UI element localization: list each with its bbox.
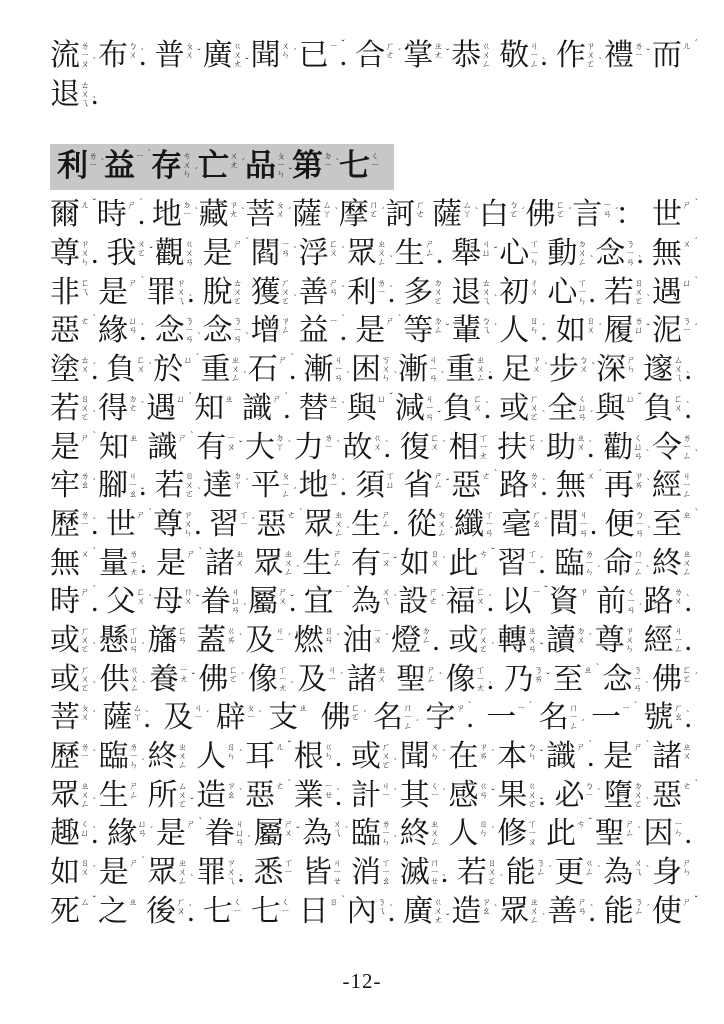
zhuyin-annotation: ㄓㄨㄥ — [178, 743, 188, 770]
char-with-zhuyin: 我ㄨㄛˇ — [107, 236, 147, 272]
tone-mark: ˊ — [288, 208, 291, 218]
han-char: 初 — [499, 275, 529, 311]
zhuyin-annotation: ㄉㄨㄛˋ — [633, 782, 643, 809]
char-with-zhuyin: 念ㄋㄧㄢˋ — [155, 313, 195, 349]
han-char: 悉 — [254, 855, 284, 891]
tone-mark: ˋ — [389, 256, 392, 266]
tone-mark: ˇ — [389, 393, 392, 403]
zhuyin-annotation: ㄊㄨㄟˋ — [481, 279, 491, 306]
zhuyin-annotation: ㄑㄧㄢˊ — [626, 588, 636, 615]
tone-mark: ˊ — [293, 488, 296, 498]
han-char: 大 — [245, 430, 275, 466]
han-char: 合 — [355, 38, 385, 74]
zhuyin-annotation: ㄖㄣˊ — [226, 743, 236, 761]
han-char: 諸 — [652, 739, 682, 775]
han-char: 如 — [400, 546, 430, 582]
text-line: 死ㄙˇ之ㄓ後ㄏㄡˋ.七ㄑㄧ七ㄑㄧ日ㄖˋ內ㄋㄟˋ.廣ㄍㄨㄤˇ造ㄗㄠˋ眾ㄓㄨㄥˋ善ㄕ… — [50, 894, 692, 933]
zhuyin-annotation: ㄌㄩˇ — [634, 317, 644, 335]
char-with-zhuyin: 是ㄕˋ — [98, 275, 138, 311]
han-char: 本 — [497, 739, 527, 775]
char-with-zhuyin: 罪ㄗㄨㄟˋ. — [196, 855, 245, 891]
char-with-zhuyin: 七ㄑㄧ — [251, 894, 291, 930]
tone-mark: ˇ — [296, 827, 299, 837]
han-char: 負 — [106, 352, 136, 388]
tone-mark: ˊ — [195, 168, 198, 178]
zhuyin-annotation: ㄓˋ — [682, 511, 692, 520]
tone-mark: ˋ — [491, 750, 494, 760]
tone-mark: ˋ — [93, 827, 96, 837]
zhuyin-annotation: ㄧㄢˊ — [602, 201, 612, 219]
char-with-zhuyin: 養ㄧㄤˇ — [149, 662, 189, 698]
zhuyin-annotation: ㄕㄢˋ — [577, 898, 587, 916]
han-char: 作 — [556, 38, 586, 74]
han-char: 言 — [572, 197, 602, 233]
tone-mark: ˊ — [241, 673, 244, 683]
han-char: 而 — [652, 38, 682, 74]
tone-mark: ˋ — [637, 827, 640, 837]
zhuyin-annotation: ㄒㄧ — [284, 859, 294, 877]
char-with-zhuyin: 聞ㄨㄣˊ — [251, 38, 291, 74]
zhuyin-annotation: ㄩˇ — [377, 395, 387, 404]
zhuyin-annotation: ㄓˋ — [583, 666, 593, 675]
tone-mark: ˋ — [93, 798, 96, 808]
punctuation: . — [432, 623, 440, 659]
tone-mark: ˋ — [695, 780, 698, 790]
han-char: 再 — [604, 468, 634, 504]
char-with-zhuyin: 本ㄅㄣˇ — [497, 739, 537, 775]
tone-mark: ˋ — [647, 295, 650, 305]
han-char: 命 — [603, 546, 633, 582]
char-with-zhuyin: 至ㄓˋ — [553, 662, 593, 698]
tone-mark: ˋ — [335, 208, 338, 218]
char-with-zhuyin: 耳ㄦˇ — [245, 739, 285, 775]
zhuyin-annotation: ㄕㄣ — [626, 356, 636, 374]
han-char: 爾 — [50, 197, 80, 233]
zhuyin-annotation: ㄉㄨㄥˋ — [577, 240, 587, 267]
han-char: 時 — [50, 584, 80, 620]
char-with-zhuyin: 泥ㄋㄧˊ — [652, 313, 692, 349]
tone-mark: ˇ — [290, 595, 293, 605]
tone-mark: ˋ — [148, 595, 151, 605]
char-with-zhuyin: 滅ㄇㄧㄝˋ. — [400, 855, 449, 891]
han-char: 轉 — [497, 623, 527, 659]
han-char: 眾 — [254, 546, 284, 582]
zhuyin-annotation: ㄗㄠˋ — [481, 898, 491, 916]
zhuyin-annotation: ㄗㄨㄟˋ — [226, 859, 236, 886]
han-char: 念 — [602, 662, 632, 698]
han-char: 力 — [294, 430, 324, 466]
zhuyin-annotation: ㄐㄩㄢˋ — [235, 820, 245, 847]
char-with-zhuyin: 菩ㄆㄨˊ — [50, 700, 90, 736]
tone-mark: ˋ — [597, 789, 600, 799]
zhuyin-annotation: ㄓㄨ — [682, 743, 692, 761]
zhuyin-annotation: ㄕㄥˋ — [625, 820, 635, 838]
char-with-zhuyin: 前ㄑㄧㄢˊ — [596, 584, 636, 620]
char-with-zhuyin: 白ㄅㄛˊ — [479, 197, 519, 233]
zhuyin-annotation: ㄑㄩㄢˋ — [633, 434, 643, 461]
tone-mark: ˊ — [639, 604, 642, 614]
text-line: 牢ㄌㄠˊ腳ㄐㄧㄠˇ.若ㄖㄨㄛˋ達ㄉㄚˊ平ㄆㄧㄥˊ地ㄉㄧˋ.須ㄒㄩ省ㄕㄥˇ惡ㄜˋ路… — [50, 468, 692, 507]
char-with-zhuyin: 知ㄓ — [99, 430, 139, 466]
zhuyin-annotation: ㄧㄤˇ — [179, 666, 189, 684]
zhuyin-annotation: ㄩㄢˊ — [137, 820, 147, 838]
han-char: 終 — [400, 816, 430, 852]
han-char: 之 — [98, 894, 128, 930]
char-with-zhuyin: 佛ㄈㄛˊ — [198, 662, 238, 698]
char-with-zhuyin: 識ㄕˋ — [148, 430, 188, 466]
zhuyin-annotation: ㄊㄧˋ — [329, 395, 339, 413]
zhuyin-annotation: ㄐㄧˋ — [381, 782, 391, 800]
han-char: 遇 — [652, 275, 682, 311]
han-char: 若 — [457, 855, 487, 891]
zhuyin-annotation: ㄧㄡˇ — [226, 434, 236, 452]
char-with-zhuyin: 旛ㄈㄢ — [148, 623, 188, 659]
char-with-zhuyin: 生ㄕㄥ — [302, 546, 342, 582]
han-char: 增 — [251, 313, 281, 349]
tone-mark: ˋ — [241, 208, 244, 218]
char-with-zhuyin: 諸ㄓㄨ — [347, 662, 387, 698]
text-line: 是ㄕˋ知ㄓ識ㄕˋ有ㄧㄡˇ大ㄉㄚˋ力ㄌㄧˋ故ㄍㄨˋ.復ㄈㄨˋ相ㄒㄧㄤ扶ㄈㄨˊ助ㄓㄨ… — [50, 430, 692, 469]
char-with-zhuyin: 無ㄨˊ — [652, 236, 692, 272]
tone-mark: ˋ — [494, 470, 497, 480]
zhuyin-annotation: ㄏㄨㄛˋ — [80, 627, 90, 654]
char-with-zhuyin: 負ㄈㄨˋ — [106, 352, 146, 388]
zhuyin-annotation: ㄌㄨˋ — [529, 472, 539, 490]
zhuyin-annotation: ㄌㄧㄤˋ — [129, 550, 139, 577]
han-char: 終 — [148, 739, 178, 775]
tone-mark: ˇ — [197, 49, 200, 59]
han-char: 從 — [407, 507, 437, 543]
tone-mark: ˊ — [442, 557, 445, 567]
zhuyin-annotation: ㄒㄧㄡ — [527, 820, 537, 847]
char-with-zhuyin: 與ㄩˇ — [595, 391, 635, 427]
zhuyin-annotation: ㄉㄜˊ — [128, 395, 138, 413]
zhuyin-annotation: ㄖㄣˊ — [529, 317, 539, 335]
han-char: 識 — [242, 391, 272, 427]
char-with-zhuyin: 設ㄕㄜˋ — [398, 584, 438, 620]
char-with-zhuyin: 造ㄗㄠˋ — [196, 778, 236, 814]
char-with-zhuyin: 恭ㄍㄨㄥ — [451, 38, 491, 74]
zhuyin-annotation: ㄎㄨㄣˋ — [381, 356, 391, 383]
han-char: 敬 — [499, 38, 529, 74]
han-char: 後 — [146, 894, 176, 930]
han-char: 掌 — [403, 38, 433, 74]
han-char: 耳 — [245, 739, 275, 775]
tone-mark: ˊ — [491, 827, 494, 837]
char-with-zhuyin: 之ㄓ — [98, 894, 138, 930]
han-char: 罪 — [196, 855, 226, 891]
zhuyin-annotation: ㄓ — [129, 434, 139, 443]
zhuyin-annotation: ㄐㄩˇ — [481, 240, 491, 258]
zhuyin-annotation: ㄘˇ — [576, 820, 586, 829]
han-char: 經 — [644, 623, 674, 659]
tone-mark: ˋ — [647, 527, 650, 537]
zhuyin-annotation: ㄑㄧ — [370, 152, 380, 170]
char-with-zhuyin: 眾ㄓㄨㄥˋ — [148, 855, 188, 891]
zhuyin-annotation: ㄉㄨˊ — [576, 627, 586, 645]
zhuyin-annotation: ㄩˊ — [183, 356, 193, 365]
char-with-zhuyin: 扶ㄈㄨˊ — [497, 430, 537, 466]
zhuyin-annotation: ㄩˇ — [625, 395, 635, 404]
tone-mark: ˋ — [243, 604, 246, 614]
zhuyin-annotation: ㄋㄧㄢˋ — [233, 317, 243, 344]
char-with-zhuyin: 生ㄕㄥ. — [395, 236, 444, 272]
zhuyin-annotation: ㄖㄨㄛˋ — [185, 472, 195, 499]
char-with-zhuyin: 識ㄕˋ. — [242, 391, 291, 427]
tone-mark: ˇ — [494, 247, 497, 257]
char-with-zhuyin: 品ㄆㄧㄣˇ — [245, 148, 286, 184]
tone-mark: ˋ — [336, 441, 339, 451]
zhuyin-annotation: ㄌㄧˋ — [377, 279, 387, 297]
han-char: 善 — [547, 894, 577, 930]
char-with-zhuyin: 間ㄐㄧㄢ. — [549, 507, 598, 543]
tone-mark: ˇ — [190, 798, 193, 808]
han-char: 或 — [499, 391, 529, 427]
char-with-zhuyin: 業ㄧㄝˋ. — [294, 778, 343, 814]
text-line: 退ㄊㄨㄟˋ. — [50, 77, 692, 116]
tone-mark: ˊ — [488, 595, 491, 605]
tone-mark: ˇ — [540, 643, 543, 653]
tone-mark: ˋ — [394, 789, 397, 799]
zhuyin-annotation: ㄕˋ — [178, 434, 188, 443]
zhuyin-annotation: ㄙㄚˋ — [132, 704, 142, 722]
char-with-zhuyin: 非ㄈㄟ — [50, 275, 90, 311]
tone-mark: ˋ — [695, 199, 698, 209]
zhuyin-annotation: ㄗㄠˋ — [226, 782, 236, 800]
zhuyin-annotation: ㄨㄣˊ — [430, 743, 440, 761]
han-char: 生 — [395, 236, 425, 272]
char-with-zhuyin: 油ㄧㄡˊ — [343, 623, 383, 659]
han-char: 尊 — [153, 507, 183, 543]
han-char: 世 — [106, 507, 136, 543]
tone-mark: ˇ — [544, 586, 547, 596]
char-with-zhuyin: 蓋ㄍㄞˋ — [196, 623, 236, 659]
zhuyin-annotation: ㄒㄩㄢˊ — [129, 627, 139, 654]
tone-mark: ˋ — [93, 411, 96, 421]
zhuyin-annotation: ㄉㄚˋ — [275, 434, 285, 452]
han-char: 扶 — [497, 430, 527, 466]
char-with-zhuyin: 有ㄧㄡˇ — [351, 546, 391, 582]
zhuyin-annotation: ㄕˋ — [186, 820, 196, 829]
han-char: 故 — [343, 430, 373, 466]
char-with-zhuyin: 須ㄒㄩ — [355, 468, 395, 504]
tone-mark: ˊ — [340, 673, 343, 683]
text-line: 若ㄖㄨㄛˋ得ㄉㄜˊ遇ㄩˋ知ㄓ識ㄕˋ.替ㄊㄧˋ與ㄩˇ減ㄐㄧㄢˇ負ㄈㄨˋ.或ㄏㄨㄛˋ… — [50, 391, 692, 430]
tone-mark: ˋ — [646, 566, 649, 576]
tone-mark: ˊ — [449, 527, 452, 537]
zhuyin-annotation: ㄅㄨˋ — [579, 356, 589, 374]
han-char: 菩 — [50, 700, 80, 736]
tone-mark: ˊ — [288, 634, 291, 644]
punctuation: . — [335, 739, 343, 775]
zhuyin-annotation: ㄦˇ — [275, 743, 285, 752]
punctuation: . — [685, 816, 693, 852]
zhuyin-annotation: ㄈㄛˊ — [682, 666, 692, 684]
han-char: 臨 — [351, 816, 381, 852]
han-char: 與 — [595, 391, 625, 427]
punctuation: . — [540, 38, 548, 74]
zhuyin-annotation: ㄆㄧˋ — [246, 704, 256, 722]
tone-mark: ˋ — [148, 150, 151, 160]
zhuyin-annotation: ㄈㄨˊ — [329, 240, 339, 258]
zhuyin-annotation: ㄓㄨˋ — [576, 434, 586, 452]
zhuyin-annotation: ㄍㄨㄥ — [481, 42, 491, 69]
han-char: 觀 — [155, 236, 185, 272]
tone-mark: ˊ — [598, 324, 601, 334]
han-char: 廣 — [403, 894, 433, 930]
zhuyin-annotation: ㄅㄧㄢˋ — [635, 511, 645, 538]
zhuyin-annotation: ㄗ — [579, 588, 589, 597]
char-with-zhuyin: 果ㄍㄨㄛˇ. — [497, 778, 546, 814]
zhuyin-annotation: ㄓ — [128, 898, 138, 907]
zhuyin-annotation: ㄨㄟˋ — [633, 859, 643, 877]
char-with-zhuyin: 敬ㄐㄧㄥˋ. — [499, 38, 548, 74]
char-with-zhuyin: 支ㄓ — [268, 700, 308, 736]
han-char: 至 — [553, 662, 583, 698]
char-with-zhuyin: 終ㄓㄨㄥ — [652, 546, 692, 582]
zhuyin-annotation: ㄐㄧㄠˇ — [128, 472, 138, 499]
tone-mark: ˋ — [589, 441, 592, 451]
tone-mark: ˇ — [289, 168, 292, 178]
zhuyin-annotation: ㄏㄠˋ — [673, 704, 683, 722]
char-with-zhuyin: 臨ㄌㄧㄣˊ — [99, 739, 139, 775]
tone-mark: ˊ — [239, 750, 242, 760]
char-with-zhuyin: 是ㄕˋ — [99, 855, 139, 891]
tone-mark: ˊ — [141, 324, 144, 334]
han-char: 多 — [403, 275, 433, 311]
han-char: 薩 — [432, 197, 462, 233]
char-with-zhuyin: 時ㄕˊ. — [97, 197, 146, 233]
paragraph-continuation: 流ㄌㄧㄡˊ布ㄅㄨˋ.普ㄆㄨˇ廣ㄍㄨㄤˇ聞ㄨㄣˊ已ㄧˇ.合ㄏㄜˊ掌ㄓㄤˇ恭ㄍㄨㄥ敬… — [50, 0, 692, 115]
char-with-zhuyin: 惡ㄜˋ — [50, 313, 90, 349]
zhuyin-annotation: ㄕˋ — [633, 743, 643, 752]
tone-mark: ˋ — [475, 208, 478, 218]
char-with-zhuyin: 一ㄧˋ — [486, 700, 526, 736]
tone-mark: ˋ — [488, 372, 491, 382]
tone-mark: ˋ — [529, 702, 532, 712]
zhuyin-annotation: ㄇㄧㄥˊ — [403, 704, 413, 731]
tone-mark: ˊ — [346, 586, 349, 596]
zhuyin-annotation: ㄩˋ — [682, 279, 692, 288]
char-with-zhuyin: 號ㄏㄠˋ. — [643, 700, 692, 736]
char-with-zhuyin: 像ㄒㄧㄤˋ. — [446, 662, 495, 698]
punctuation: . — [91, 236, 99, 272]
zhuyin-annotation: ㄋㄞˇ — [534, 666, 544, 684]
tone-mark: ˋ — [247, 836, 250, 846]
char-with-zhuyin: 此ㄘˇ — [546, 816, 586, 852]
han-char: 字 — [425, 700, 455, 736]
han-char: 歷 — [50, 739, 80, 775]
zhuyin-annotation: ㄩˋ — [176, 395, 186, 404]
char-with-zhuyin: 聖ㄕㄥˋ — [396, 662, 436, 698]
char-with-zhuyin: 以ㄧˇ — [501, 584, 541, 620]
char-with-zhuyin: 心ㄒㄧㄣ. — [547, 275, 596, 311]
text-line: 菩ㄆㄨˊ薩ㄙㄚˋ.及ㄐㄧˊ辟ㄆㄧˋ支ㄓ佛ㄈㄛˊ名ㄇㄧㄥˊ字ㄗˋ.一ㄧˋ名ㄇㄧㄥˊ… — [50, 700, 692, 739]
char-with-zhuyin: 禮ㄌㄧˇ — [604, 38, 644, 74]
char-with-zhuyin: 心ㄒㄧㄣ — [499, 236, 539, 272]
char-with-zhuyin: 退ㄊㄨㄟˋ. — [50, 77, 99, 113]
han-char: 惡 — [451, 468, 481, 504]
han-char: 訶 — [385, 197, 415, 233]
tone-mark: ˇ — [239, 441, 242, 451]
zhuyin-annotation: ㄕㄥ — [332, 550, 342, 568]
char-with-zhuyin: 有ㄧㄡˇ — [196, 430, 236, 466]
tone-mark: ˋ — [686, 711, 689, 721]
tone-mark: ˋ — [647, 479, 650, 489]
zhuyin-annotation: ㄇㄛˊ — [369, 201, 379, 219]
char-with-zhuyin: 惡ㄜˋ — [451, 468, 491, 504]
tone-mark: ˇ — [192, 673, 195, 683]
char-with-zhuyin: 地ㄉㄧˋ — [152, 197, 192, 233]
zhuyin-annotation: ㄌㄧˋ — [324, 434, 334, 452]
char-with-zhuyin: 及ㄐㄧˊ — [163, 700, 203, 736]
han-char: 習 — [209, 507, 239, 543]
zhuyin-annotation: ㄕˊ — [80, 588, 90, 597]
tone-mark: ˋ — [346, 527, 349, 537]
char-with-zhuyin: 懸ㄒㄩㄢˊ — [99, 623, 139, 659]
zhuyin-annotation: ㄧˋ — [135, 152, 145, 161]
tone-mark: ˊ — [141, 643, 144, 653]
tone-mark: ˋ — [341, 286, 344, 296]
char-with-zhuyin: 惡ㄜˋ — [256, 507, 296, 543]
tone-mark: ˋ — [439, 673, 442, 683]
zhuyin-annotation: ㄍㄞˋ — [226, 627, 236, 645]
han-char: 宜 — [304, 584, 334, 620]
tone-mark: ˊ — [141, 402, 144, 412]
han-char: 或 — [351, 739, 381, 775]
zhuyin-annotation: ㄒㄧㄠ — [381, 859, 391, 886]
char-with-zhuyin: 念ㄋㄧㄢˋ — [203, 313, 243, 349]
tone-mark: ˊ — [150, 827, 153, 837]
zhuyin-annotation: ㄌㄧˋ — [88, 152, 98, 170]
char-with-zhuyin: 資ㄗ — [549, 584, 589, 620]
zhuyin-annotation: ㄌㄧㄣˊ — [129, 743, 139, 770]
han-char: 如 — [556, 313, 586, 349]
char-with-zhuyin: 塗ㄊㄨˊ. — [50, 352, 99, 388]
tone-mark: ˊ — [93, 711, 96, 721]
zhuyin-annotation: ㄧㄡˇ — [381, 550, 391, 568]
text-line: 流ㄌㄧㄡˊ布ㄅㄨˋ.普ㄆㄨˇ廣ㄍㄨㄤˇ聞ㄨㄣˊ已ㄧˇ.合ㄏㄜˊ掌ㄓㄤˇ恭ㄍㄨㄥ敬… — [50, 38, 692, 77]
char-with-zhuyin: 初ㄔㄨ — [499, 275, 539, 311]
zhuyin-annotation: ㄖㄨㄛˋ — [80, 395, 90, 422]
han-char: 名 — [539, 700, 569, 736]
zhuyin-annotation: ㄓ — [224, 395, 234, 404]
char-with-zhuyin: 更ㄍㄥˋ — [555, 855, 595, 891]
tone-mark: ˋ — [442, 875, 445, 885]
tone-mark: ˇ — [196, 595, 199, 605]
char-with-zhuyin: 習ㄒㄧˊ. — [497, 546, 546, 582]
han-char: 果 — [497, 778, 527, 814]
text-line: 歷ㄌㄧˋ.世ㄕˋ尊ㄗㄨㄣ.習ㄒㄧˊ惡ㄜˋ眾ㄓㄨㄥˋ生ㄕㄥ.從ㄘㄨㄥˊ纖ㄒㄧㄢ毫ㄏ… — [50, 507, 692, 546]
tone-mark: ˋ — [197, 488, 200, 498]
zhuyin-annotation: ㄌㄧㄡˊ — [80, 42, 90, 69]
tone-mark: ˋ — [285, 393, 288, 403]
char-with-zhuyin: 眾ㄓㄨㄥˋ — [50, 778, 90, 814]
char-with-zhuyin: 言ㄧㄢˊ： — [572, 197, 645, 233]
han-char: 漸 — [304, 352, 334, 388]
han-char: 便 — [605, 507, 635, 543]
tone-mark: ˋ — [141, 566, 144, 576]
han-char: 量 — [99, 546, 129, 582]
char-with-zhuyin: 布ㄅㄨˋ. — [98, 38, 147, 74]
char-with-zhuyin: 罪ㄗㄨㄟˋ. — [146, 275, 195, 311]
char-with-zhuyin: 名ㄇㄧㄥˊ — [373, 700, 413, 736]
char-with-zhuyin: 皆ㄐㄧㄝ — [302, 855, 342, 891]
char-with-zhuyin: 於ㄩˊ — [153, 352, 193, 388]
tone-mark: ˋ — [389, 286, 392, 296]
char-with-zhuyin: 習ㄒㄧˊ — [209, 507, 249, 543]
han-char: 令 — [652, 430, 682, 466]
